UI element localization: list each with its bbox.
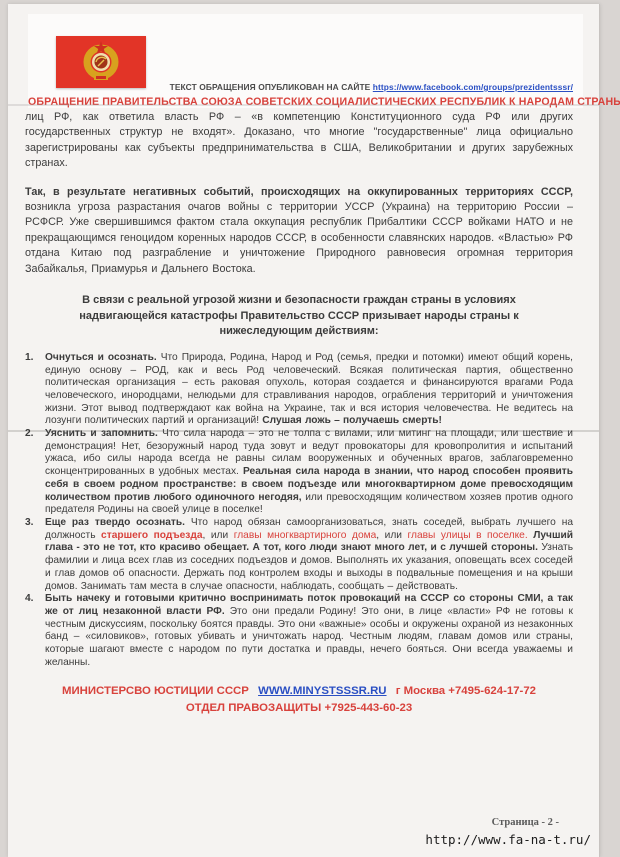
item-text: Еще раз твердо осознать. Что народ обяза… — [45, 517, 573, 592]
ministry-site-link[interactable]: WWW.MINYSTSSSR.RU — [258, 685, 386, 697]
ussr-flag — [56, 36, 146, 88]
intro-paragraph: лиц РФ, как ответила власть РФ – «в комп… — [25, 110, 573, 172]
situation-paragraph: Так, в результате негативных событий, пр… — [25, 185, 573, 277]
list-item: 4. Быть начеку и готовыми критично воспр… — [45, 593, 573, 669]
published-label: ТЕКСТ ОБРАЩЕНИЯ ОПУБЛИКОВАН НА САЙТЕ — [170, 82, 373, 92]
document-header: ТЕКСТ ОБРАЩЕНИЯ ОПУБЛИКОВАН НА САЙТЕ htt… — [28, 14, 583, 108]
item-number: 1. — [25, 352, 34, 365]
item-number: 3. — [25, 517, 34, 530]
document-body: лиц РФ, как ответила власть РФ – «в комп… — [25, 110, 573, 717]
appeal-paragraph: В связи с реальной угрозой жизни и безоп… — [58, 293, 540, 340]
watermark-url: http://www.fa-na-t.ru/ — [425, 832, 591, 847]
list-item: 2. Уяснить и запомнить. Что сила народа … — [45, 428, 573, 517]
item-number: 4. — [25, 593, 34, 606]
list-item: 1. Очнуться и осознать. Что Природа, Род… — [45, 352, 573, 428]
item-text: Быть начеку и готовыми критично восприни… — [45, 593, 573, 668]
item-text: Очнуться и осознать. Что Природа, Родина… — [45, 352, 573, 427]
list-item: 3. Еще раз твердо осознать. Что народ об… — [45, 517, 573, 593]
page-number-label: Страница - 2 - — [492, 817, 559, 828]
action-list: 1. Очнуться и осознать. Что Природа, Род… — [25, 352, 573, 670]
ministry-label: МИНИСТЕРСВО ЮСТИЦИИ СССР — [62, 685, 249, 697]
contact-block: МИНИСТЕРСВО ЮСТИЦИИ СССР WWW.MINYSTSSSR.… — [25, 683, 573, 717]
document-title: ОБРАЩЕНИЕ ПРАВИТЕЛЬСТВА СОЮЗА СОВЕТСКИХ … — [28, 96, 583, 108]
published-on-site-line: ТЕКСТ ОБРАЩЕНИЯ ОПУБЛИКОВАН НА САЙТЕ htt… — [170, 82, 573, 92]
ministry-line: МИНИСТЕРСВО ЮСТИЦИИ СССР WWW.MINYSTSSSR.… — [25, 683, 573, 700]
item-text: Уяснить и запомнить. Что сила народа – э… — [45, 428, 573, 515]
scanned-page: ТЕКСТ ОБРАЩЕНИЯ ОПУБЛИКОВАН НА САЙТЕ htt… — [8, 4, 600, 857]
rights-dept-line: ОТДЕЛ ПРАВОЗАЩИТЫ +7925-443-60-23 — [25, 700, 573, 717]
item-number: 2. — [25, 428, 34, 441]
facebook-group-link[interactable]: https://www.facebook.com/groups/preziden… — [373, 82, 573, 92]
moscow-phone: г Москва +7495-624-17-72 — [396, 685, 536, 697]
ussr-coat-of-arms-icon — [79, 37, 123, 88]
